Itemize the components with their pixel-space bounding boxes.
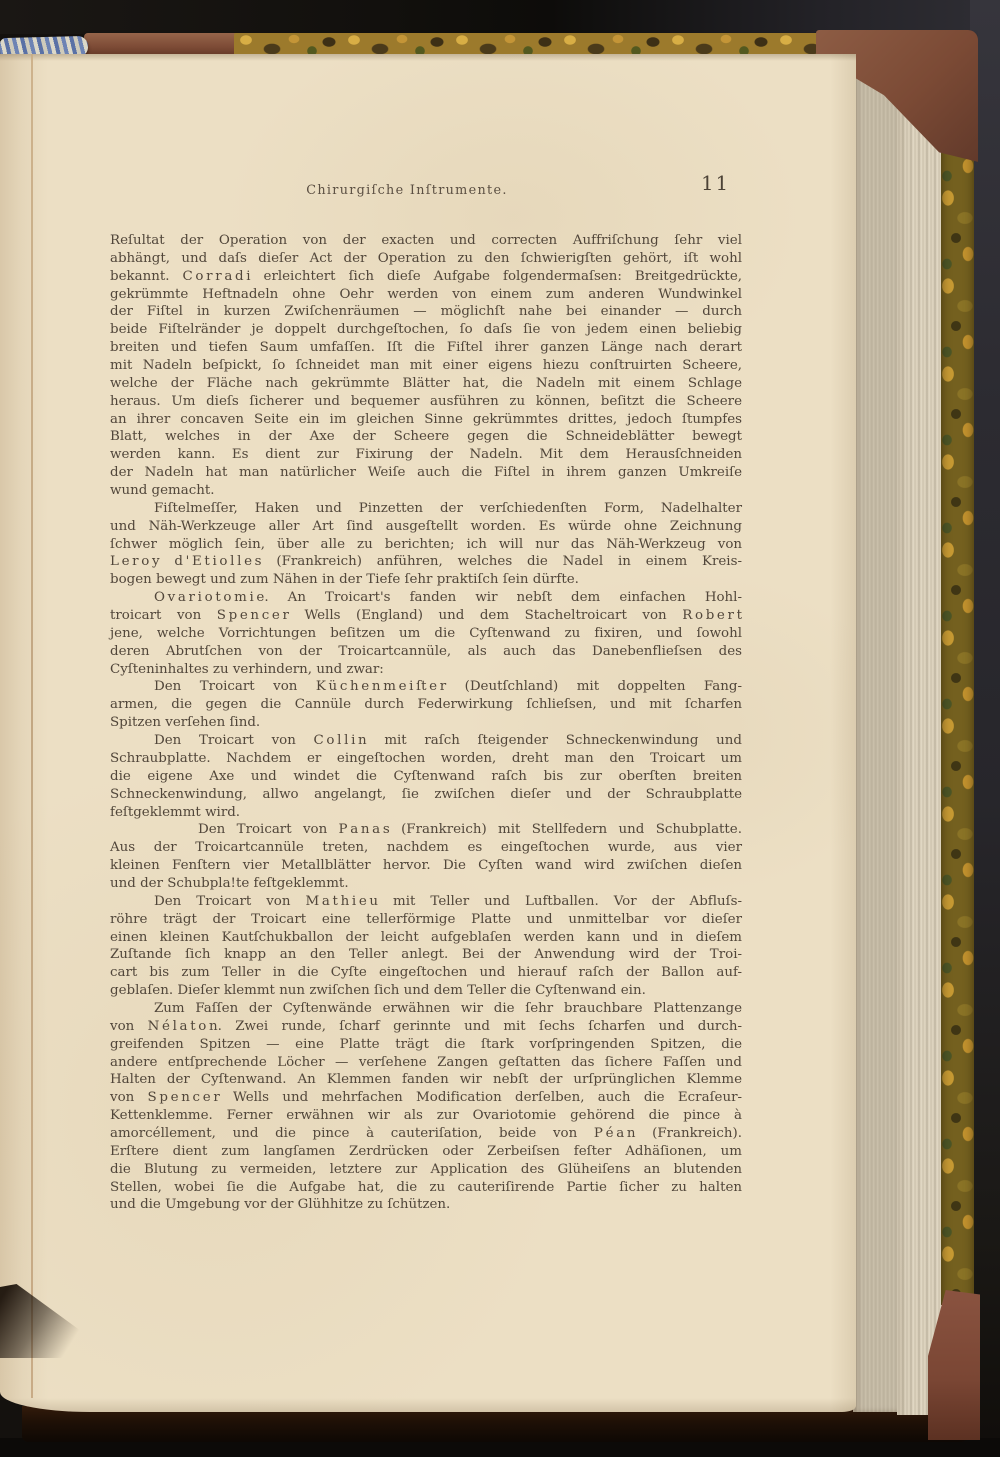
text-line: Blatt, welches in der Axe der Scheere ge… <box>110 428 742 446</box>
text-line: und der Schubpla!te feſtgeklemmt. <box>110 875 742 893</box>
text-line: geblaſen. Dieſer klemmt nun zwiſchen ſic… <box>110 982 742 1000</box>
text-line: Den Troicart von P a n a s (Frankreich) … <box>110 821 742 839</box>
text-line: welche der Fläche nach gekrümmte Blätter… <box>110 375 742 393</box>
text-line: Reſultat der Operation von der exacten u… <box>110 232 742 250</box>
text-line: heraus. Um dieſs ſicherer und bequemer a… <box>110 393 742 411</box>
text-line: troicart von S p e n c e r Wells (Englan… <box>110 607 742 625</box>
text-line: Schraubplatte. Nachdem er eingeſtochen w… <box>110 750 742 768</box>
text-line: greifenden Spitzen — eine Platte trägt d… <box>110 1036 742 1054</box>
page-number: 11 <box>701 176 730 192</box>
text-line: Stellen, wobei ſie die Aufgabe hat, die … <box>110 1179 742 1197</box>
text-line: Kettenklemme. Ferner erwähnen wir als zu… <box>110 1107 742 1125</box>
text-line: Den Troicart von K ü c h e n m e i ſt e … <box>110 678 742 696</box>
text-line: bekannt. C o r r a d i erleichtert ſich … <box>110 268 742 286</box>
photo-backdrop-top <box>0 0 1000 34</box>
text-line: gekrümmte Heftnadeln ohne Oehr werden vo… <box>110 286 742 304</box>
text-line: feſtgeklemmt wird. <box>110 804 742 822</box>
text-line: von S p e n c e r Wells und mehrfachen M… <box>110 1089 742 1107</box>
running-title: Chirurgiſche Inſtrumente. <box>110 183 704 199</box>
text-line: kleinen Fenſtern vier Metallblätter herv… <box>110 857 742 875</box>
text-line: deren Abrutſchen von der Troicartcannüle… <box>110 643 742 661</box>
photo-backdrop-right <box>970 0 1000 1457</box>
text-line: Spitzen verſehen ſind. <box>110 714 742 732</box>
paragraph: Den Troicart von P a n a s (Frankreich) … <box>110 821 742 892</box>
page-block-fore-edge-outer <box>897 55 945 1415</box>
text-line: Zum Faſſen der Cyſtenwände erwähnen wir … <box>110 1000 742 1018</box>
text-line: wund gemacht. <box>110 482 742 500</box>
text-line: und die Umgebung vor der Glühhitze zu ſc… <box>110 1196 742 1214</box>
paragraph: Fiſtelmeſſer, Haken und Pinzetten der ve… <box>110 500 742 589</box>
text-line: die eigene Axe und windet die Cyſtenwand… <box>110 768 742 786</box>
text-line: röhre trägt der Troicart eine tellerförm… <box>110 911 742 929</box>
paragraph: O v a r i o t o m i e. An Troicart's fan… <box>110 589 742 678</box>
text-line: an ihrer concaven Seite ein im gleichen … <box>110 411 742 429</box>
text-line: andere entſprechende Löcher — verſehene … <box>110 1054 742 1072</box>
text-line: Fiſtelmeſſer, Haken und Pinzetten der ve… <box>110 500 742 518</box>
text-line: amorcéllement, und die pince à cauteriſa… <box>110 1125 742 1143</box>
text-line: Den Troicart von M a t h i e u mit Telle… <box>110 893 742 911</box>
text-line: Cyſteninhaltes zu verhindern, und zwar: <box>110 661 742 679</box>
text-line: werden kann. Es dient zur Fixirung der N… <box>110 446 742 464</box>
text-line: die Blutung zu vermeiden, letztere zur A… <box>110 1161 742 1179</box>
book-page: Chirurgiſche Inſtrumente. 11 Reſultat de… <box>0 54 856 1412</box>
text-line: Halten der Cyſtenwand. An Klemmen fanden… <box>110 1071 742 1089</box>
text-line: von N é l a t o n. Zwei runde, ſcharf ge… <box>110 1018 742 1036</box>
text-line: Aus der Troicartcannüle treten, nachdem … <box>110 839 742 857</box>
text-block: Reſultat der Operation von der exacten u… <box>110 232 742 1214</box>
text-line: Schneckenwindung, allwo angelangt, ſie z… <box>110 786 742 804</box>
text-line: bogen bewegt und zum Nähen in der Tiefe … <box>110 571 742 589</box>
text-line: O v a r i o t o m i e. An Troicart's fan… <box>110 589 742 607</box>
text-line: cart bis zum Teller in die Cyſte eingeſt… <box>110 964 742 982</box>
text-line: abhängt, und daſs dieſer Act der Operati… <box>110 250 742 268</box>
text-line: breiten und tiefen Saum umfaſſen. Iſt di… <box>110 339 742 357</box>
gutter-crease <box>31 54 33 1398</box>
text-line: jene, welche Vorrichtungen beſitzen um d… <box>110 625 742 643</box>
text-line: L e r o y d ' E t i o l l e s (Frankreic… <box>110 553 742 571</box>
paragraph: Zum Faſſen der Cyſtenwände erwähnen wir … <box>110 1000 742 1214</box>
text-line: und Näh-Werkzeuge aller Art ſind ausgeſt… <box>110 518 742 536</box>
marbled-cover-strip <box>941 100 974 1305</box>
page-header: Chirurgiſche Inſtrumente. 11 <box>110 183 742 199</box>
text-line: beide Fiſtelränder je doppelt durchgeſto… <box>110 321 742 339</box>
text-line: Zuſtande ſich knapp an den Teller anlegt… <box>110 946 742 964</box>
paragraph: Den Troicart von C o l l i n mit raſch ſ… <box>110 732 742 821</box>
paragraph: Reſultat der Operation von der exacten u… <box>110 232 742 500</box>
text-line: ſchwer möglich ſein, über alle zu berich… <box>110 536 742 554</box>
page-block-fore-edge <box>853 48 897 1412</box>
text-line: der Nadeln hat man natürlicher Weiſe auc… <box>110 464 742 482</box>
text-line: armen, die gegen die Cannüle durch Feder… <box>110 696 742 714</box>
text-line: einen kleinen Kautſchukballon der leicht… <box>110 929 742 947</box>
paragraph: Den Troicart von K ü c h e n m e i ſt e … <box>110 678 742 732</box>
text-line: Den Troicart von C o l l i n mit raſch ſ… <box>110 732 742 750</box>
text-line: der Fiſtel in kurzen Zwiſchenräumen — mö… <box>110 303 742 321</box>
text-line: mit Nadeln beſpickt, ſo ſchneidet man mi… <box>110 357 742 375</box>
paragraph: Den Troicart von M a t h i e u mit Telle… <box>110 893 742 1000</box>
text-line: Erſtere dient zum langſamen Zerdrücken o… <box>110 1143 742 1161</box>
